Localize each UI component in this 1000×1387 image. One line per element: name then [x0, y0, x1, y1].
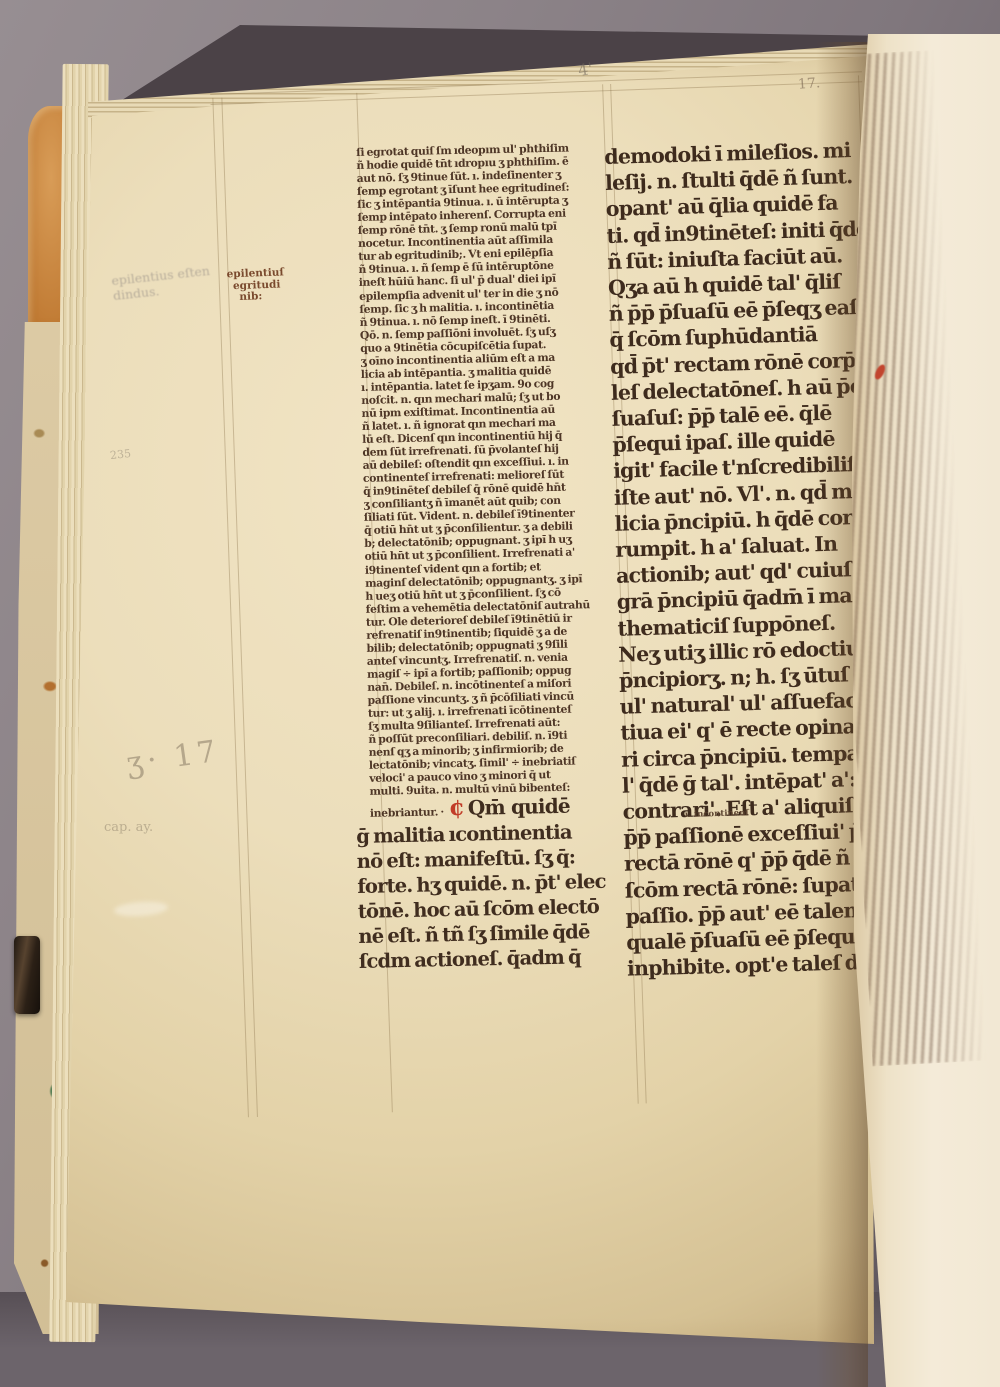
interlinear-gloss: ı. incontinenſ	[685, 808, 749, 820]
faint-margin-number: 235	[109, 447, 131, 462]
rubric-paragraph-mark: ¢	[449, 796, 464, 820]
book-clasp	[14, 936, 40, 1014]
commentary-lines: ſi egrotat quiſ ſm ıdeopım ul' phthiſimñ…	[356, 141, 630, 799]
ruling-line-horizontal	[211, 81, 863, 105]
quire-mark: 4'	[576, 59, 594, 80]
margin-note-ink-line: nib:	[239, 290, 307, 304]
margin-note-ink: epilentiuſegritudinib:	[226, 267, 307, 304]
commentary-final-words: inebriantur. ·	[370, 806, 444, 821]
commentary-column: ſi egrotat quiſ ſm ıdeopım ul' phthiſimñ…	[356, 141, 630, 826]
margin-caption: cap. ay.	[104, 820, 153, 835]
text-incipit: Qm̄ quidē	[468, 794, 570, 820]
commentary-explicit-block: ḡ malitia ıcontinentianō eſt: manifeſtū…	[356, 819, 621, 974]
